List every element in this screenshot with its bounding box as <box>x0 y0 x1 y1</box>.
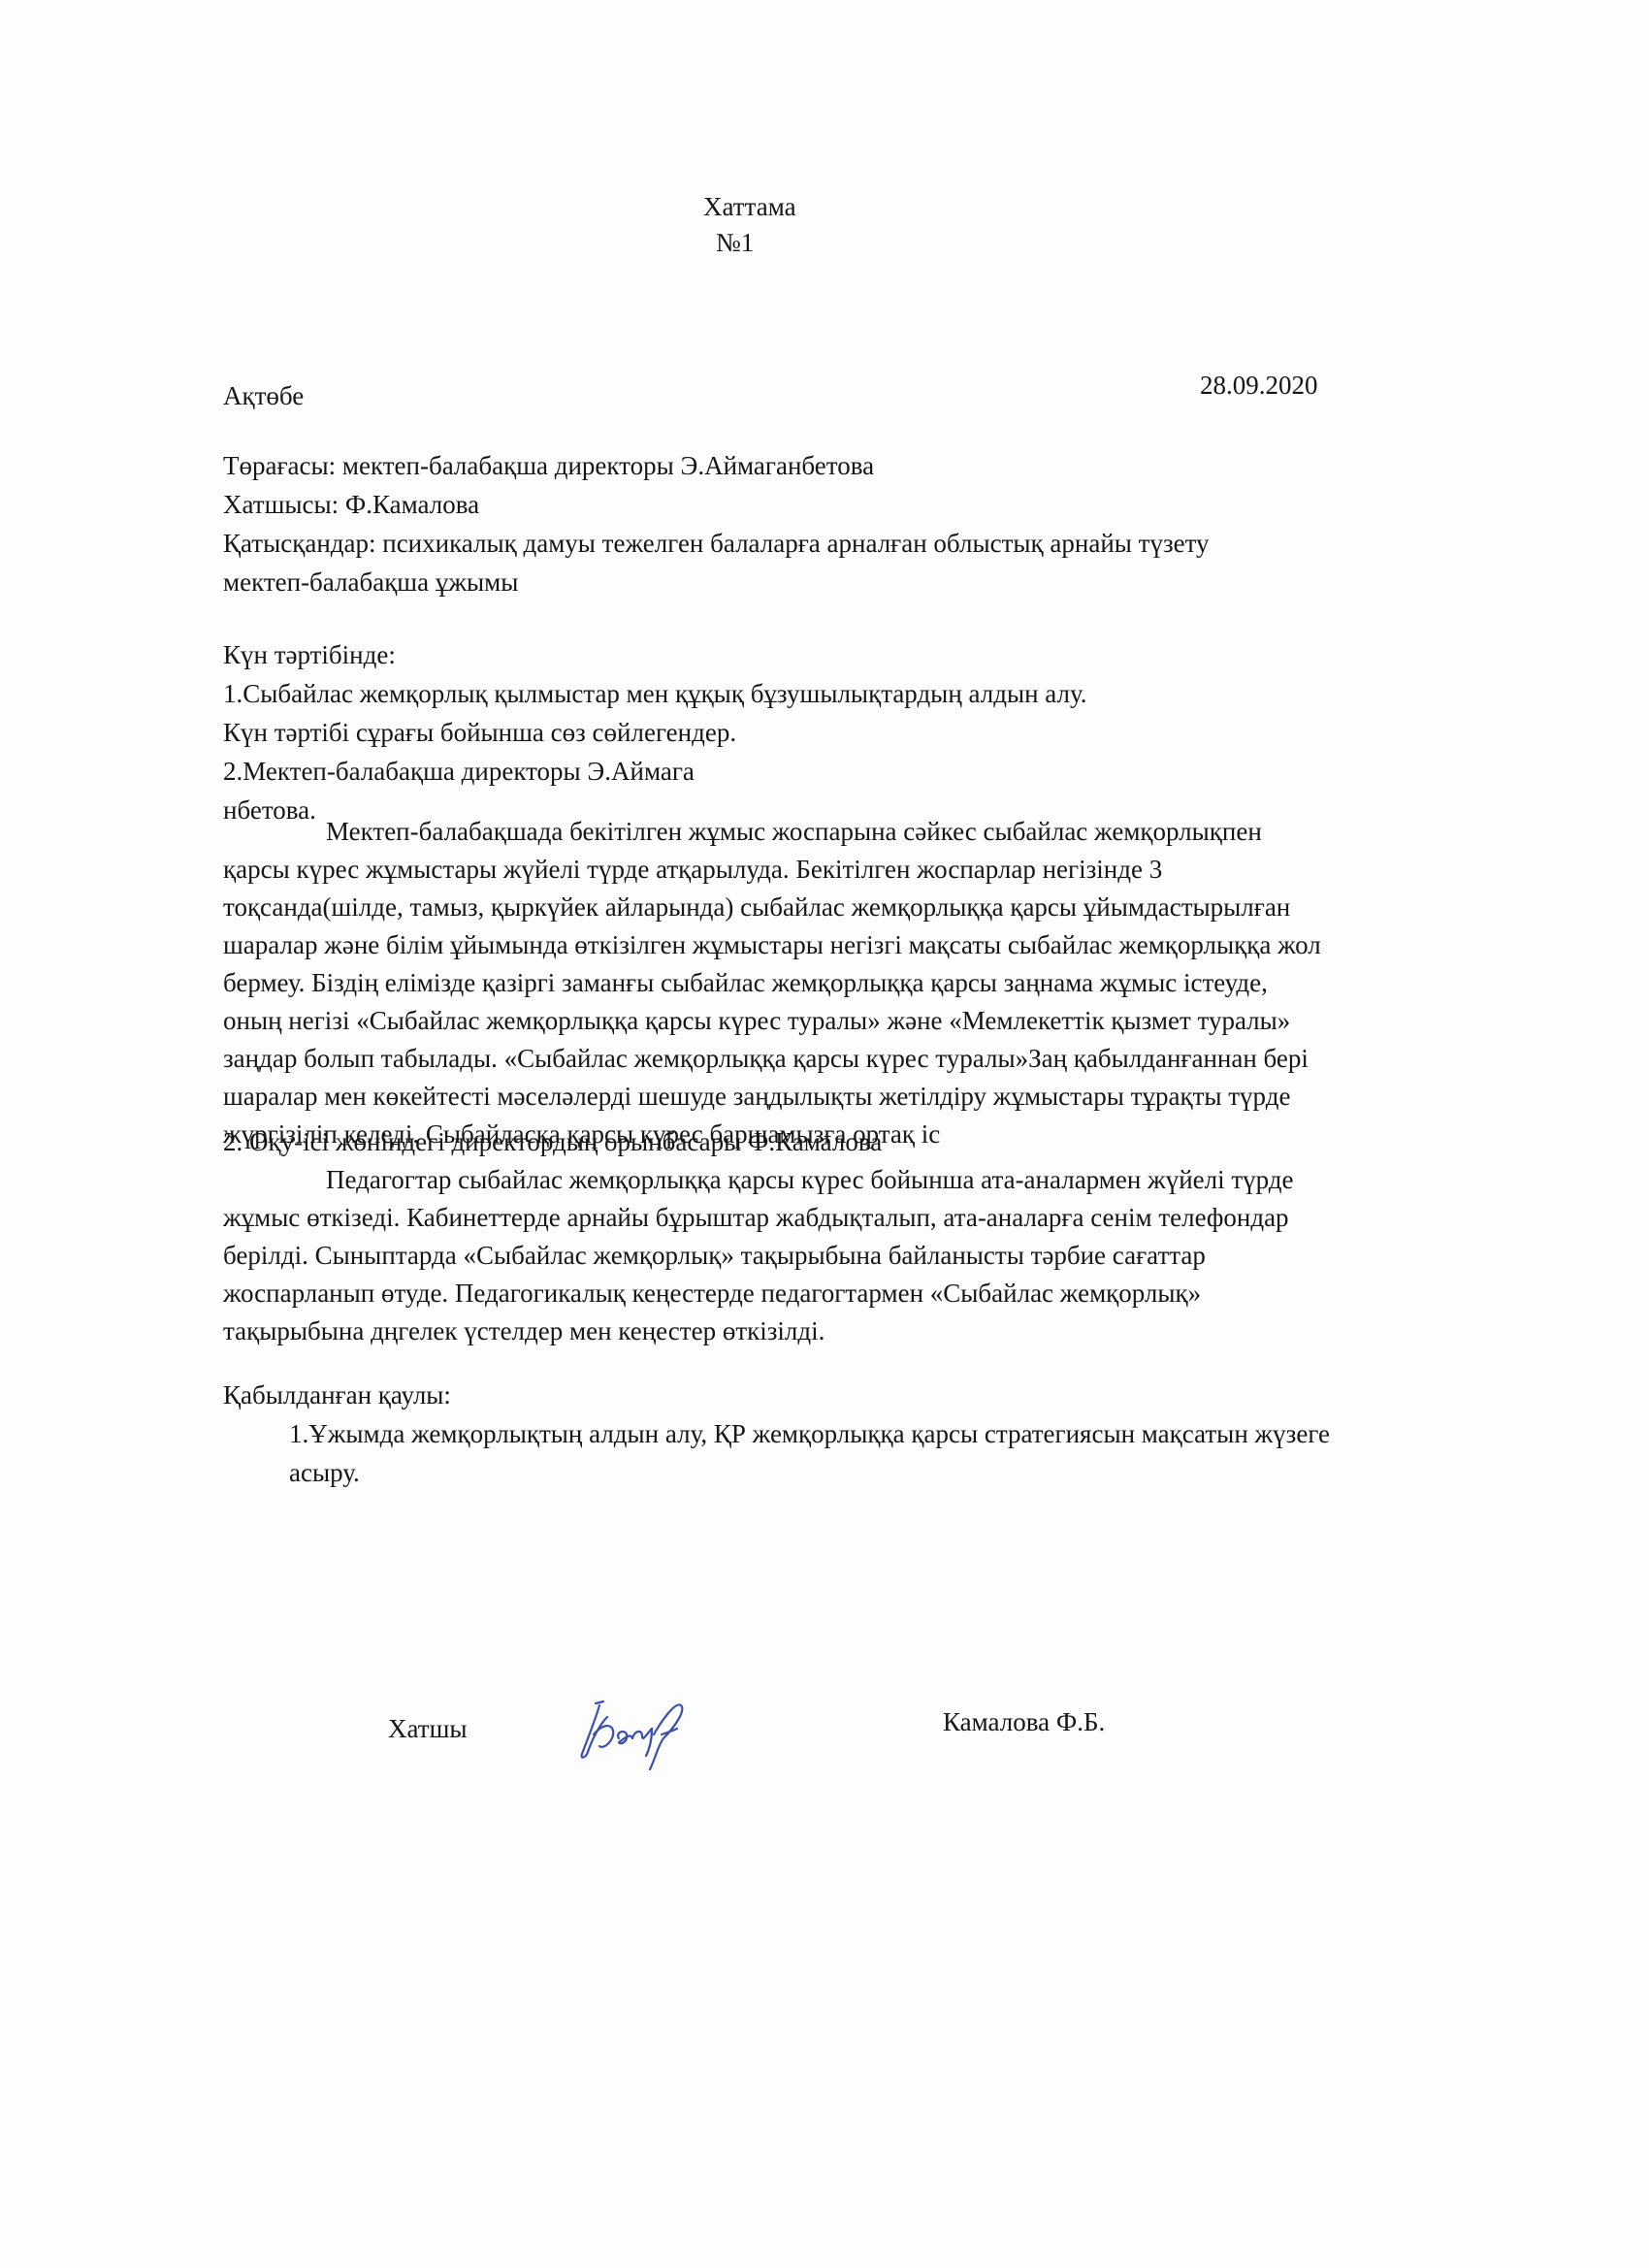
city: Ақтөбе <box>223 381 304 411</box>
paragraph-line: Педагогтар сыбайлас жемқорлыққа қарсы кү… <box>223 1161 1503 1199</box>
agenda-item-2: 2.Мектеп-балабақша директоры Э.Аймага <box>223 752 1503 791</box>
paragraph-line: оның негізі «Сыбайлас жемқорлыққа қарсы … <box>223 1002 1503 1040</box>
decision-heading: Қабылданған қаулы: <box>223 1376 1503 1414</box>
chair-line: Төрағасы: мектеп-балабақша директоры Э.А… <box>223 446 1503 485</box>
decision: Қабылданған қаулы: 1.Ұжымда жемқорлықтың… <box>223 1376 1503 1492</box>
paragraph-line: жоспарланып өтуде. Педагогикалық кеңесте… <box>223 1275 1503 1312</box>
paragraph-line: тақырыбына дңгелек үстелдер мен кеңестер… <box>223 1312 1503 1350</box>
signature-label: Хатшы <box>388 1714 468 1744</box>
document-page: Хаттама №1 Ақтөбе 28.09.2020 Төрағасы: м… <box>0 0 1649 2268</box>
speakers-heading: Күн тәртібі сұрағы бойынша сөз сөйлегенд… <box>223 713 1503 752</box>
decision-item-1: 1.Ұжымда жемқорлықтың алдын алу, ҚР жемқ… <box>223 1414 1503 1453</box>
agenda-item-1: 1.Сыбайлас жемқорлық қылмыстар мен құқық… <box>223 674 1503 713</box>
paragraph-line: жұмыс өткізеді. Кабинеттерде арнайы бұры… <box>223 1199 1503 1237</box>
deputy-heading: 2. Оқу-ісі жөніндегі директордың орынбас… <box>223 1123 1503 1161</box>
decision-item-1-cont: асыру. <box>223 1453 1503 1492</box>
director-report: Мектеп-балабақшада бекітілген жұмыс жосп… <box>223 813 1503 1153</box>
agenda: Күн тәртібінде: 1.Сыбайлас жемқорлық қыл… <box>223 635 1503 829</box>
meeting-meta: Төрағасы: мектеп-балабақша директоры Э.А… <box>223 446 1503 601</box>
paragraph-line: Мектеп-балабақшада бекітілген жұмыс жосп… <box>223 813 1503 851</box>
handwritten-signature-icon <box>574 1696 700 1773</box>
deputy-report: 2. Оқу-ісі жөніндегі директордың орынбас… <box>223 1123 1503 1350</box>
document-title: Хаттама <box>703 192 796 222</box>
secretary-name: Камалова Ф.Б. <box>943 1707 1105 1737</box>
paragraph-line: заңдар болып табылады. «Сыбайлас жемқорл… <box>223 1040 1503 1078</box>
paragraph-line: тоқсанда(шілде, тамыз, қыркүйек айларынд… <box>223 889 1503 926</box>
paragraph-line: берілді. Сыныптарда «Сыбайлас жемқорлық»… <box>223 1237 1503 1275</box>
paragraph-line: бермеу. Біздің елімізде қазіргі заманғы … <box>223 964 1503 1002</box>
participants-line: Қатысқандар: психикалық дамуы тежелген б… <box>223 524 1503 563</box>
document-number: №1 <box>716 228 754 258</box>
secretary-line: Хатшысы: Ф.Камалова <box>223 485 1503 524</box>
paragraph-line: шаралар мен көкейтесті мәселәлерді шешуд… <box>223 1078 1503 1116</box>
paragraph-line: қарсы күрес жұмыстары жүйелі түрде атқар… <box>223 851 1503 889</box>
agenda-heading: Күн тәртібінде: <box>223 635 1503 674</box>
paragraph-line: шаралар және білім ұйымында өткізілген ж… <box>223 926 1503 964</box>
date: 28.09.2020 <box>1200 371 1318 401</box>
participants-line-cont: мектеп-балабақша ұжымы <box>223 563 1503 601</box>
